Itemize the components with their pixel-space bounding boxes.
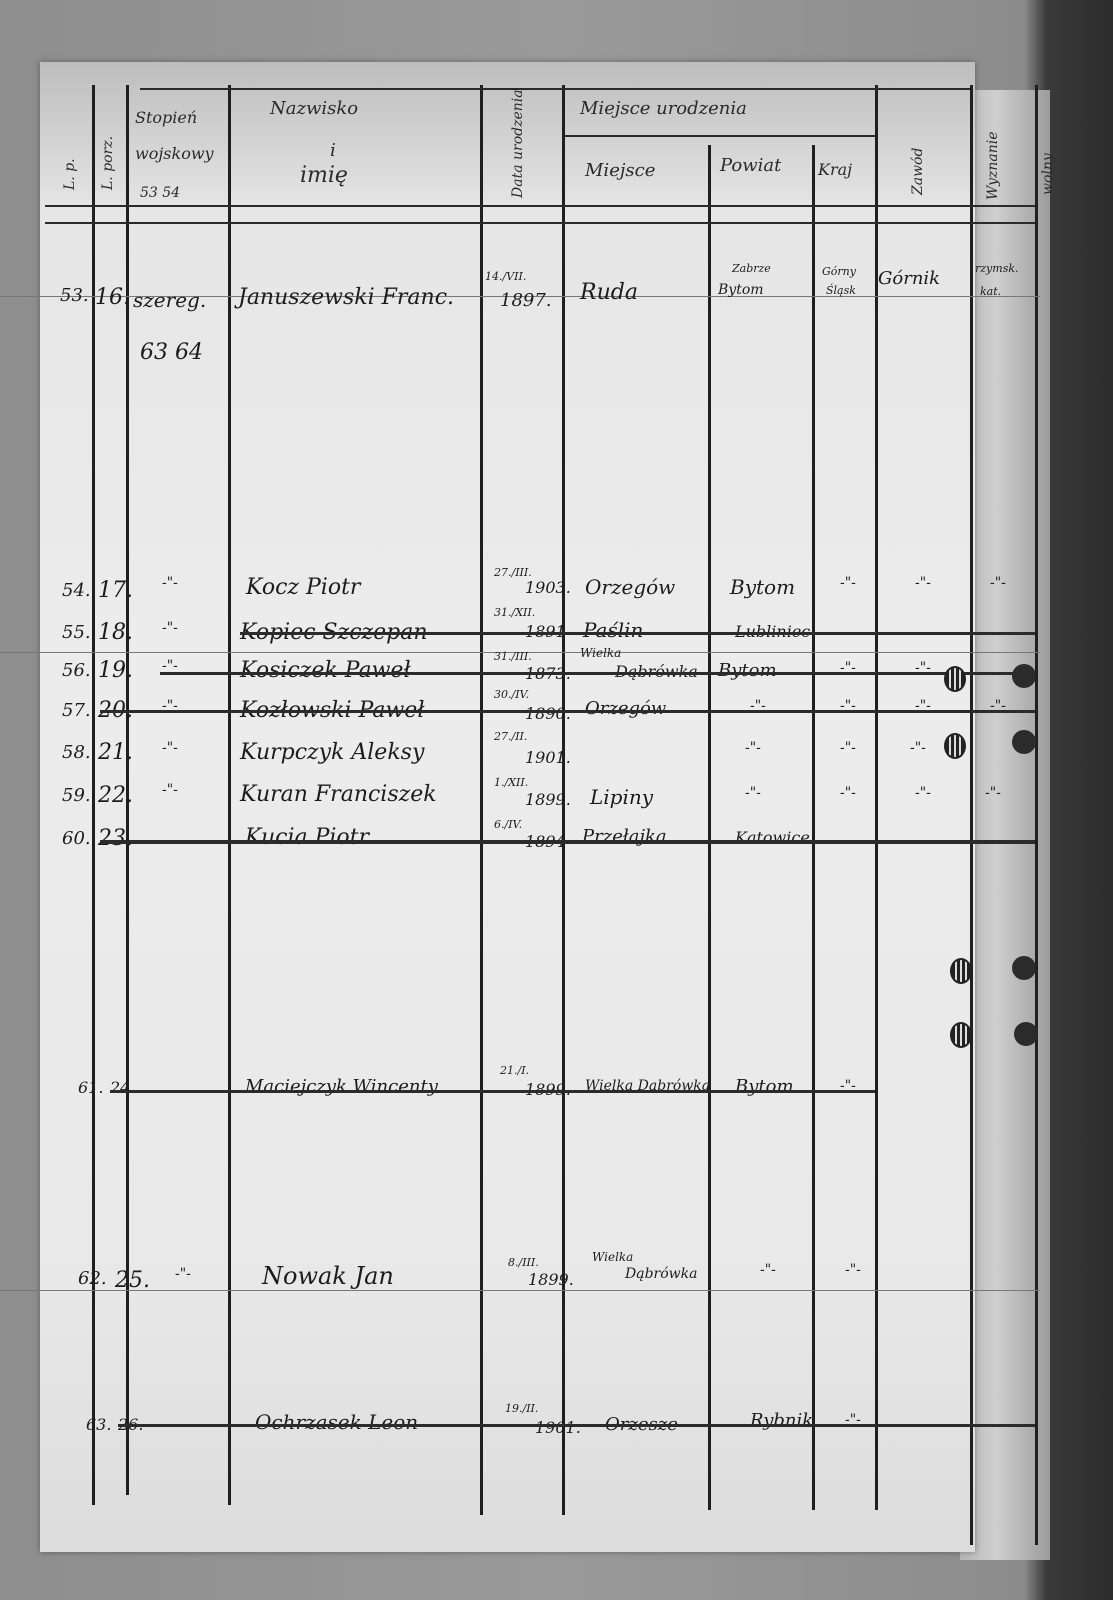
rule-col-7 <box>812 145 815 1510</box>
row-guide-line <box>0 1290 1040 1291</box>
row-55-rank: -"- <box>162 620 178 636</box>
punch-hole-icon <box>944 733 966 759</box>
punch-hole-icon <box>1012 664 1036 688</box>
row-54-num: 17. <box>98 578 133 603</box>
header-religion: Wyznanie <box>985 131 1001 200</box>
row-53-date-day-month: 14./VII. <box>485 270 526 283</box>
row-56-lp: 56. <box>62 660 91 681</box>
row-62-name: Nowak Jan <box>262 1262 394 1290</box>
row-59-religion: -"- <box>985 785 1001 801</box>
row-53-region: Śląsk <box>826 284 856 297</box>
header-birthdate: Data urodzenia <box>510 89 526 198</box>
row-61-lp: 61. <box>78 1078 103 1097</box>
row-53-name: Januszewski Franc. <box>238 285 454 310</box>
row-54-date-year: 1903. <box>525 578 571 597</box>
rule-col-9 <box>970 85 973 1545</box>
row-59-num: 22. <box>98 783 133 808</box>
row-53-religion-top: rzymsk. <box>975 262 1019 275</box>
row-56-place-top: Wielka <box>580 646 621 660</box>
row-57-place: Orzegów <box>585 698 666 719</box>
rule-col-8 <box>875 85 878 1510</box>
row-61-county: Bytom <box>735 1076 794 1097</box>
row-58-county: -"- <box>745 740 761 756</box>
row-56-name: Kosiczek Paweł <box>240 658 411 683</box>
punch-hole-icon <box>1012 956 1036 980</box>
row-53-num: 16. <box>95 285 130 310</box>
row-54-lp: 54. <box>62 580 91 601</box>
row-58-date-day-month: 27./II. <box>494 730 527 743</box>
row-58-lp: 58. <box>62 742 91 763</box>
row-55-lp: 55. <box>62 622 91 643</box>
row-53-date-year: 1897. <box>500 290 552 311</box>
row-58-rank: -"- <box>162 740 178 756</box>
header-name-line1: Nazwisko <box>270 98 358 119</box>
row-54-occupation: -"- <box>915 575 931 591</box>
row-53-county-top: Zabrze <box>732 262 771 275</box>
row-60-county: Katowice <box>735 828 810 847</box>
row-55-num: 18. <box>98 620 133 645</box>
header-name-line3: imię <box>300 163 348 188</box>
header-bottom-rule <box>45 205 1035 207</box>
row-62-region: -"- <box>845 1262 861 1278</box>
row-63-name: Ochrzasek Leon <box>255 1410 418 1434</box>
row-53-place: Ruda <box>580 280 638 305</box>
row-63-date-day-month: 19./II. <box>505 1402 538 1415</box>
row-53-religion: kat. <box>980 285 1001 298</box>
row-62-place-top: Wielka <box>592 1250 633 1264</box>
punch-hole-icon <box>1012 730 1036 754</box>
row-60-num: 23. <box>98 826 133 851</box>
row-58-date-year: 1901. <box>525 748 571 767</box>
header-birthplace-group: Miejsce urodzenia <box>580 98 747 119</box>
row-61-name: Maciejczyk Wincenty <box>245 1076 438 1097</box>
row-56-strikethrough <box>160 672 1035 675</box>
row-59-date-year: 1899. <box>525 790 571 809</box>
punch-hole-icon <box>944 666 966 692</box>
row-59-date-day-month: 1./XII. <box>494 776 528 789</box>
row-59-rank: -"- <box>162 782 178 798</box>
punch-hole-icon <box>1014 1022 1038 1046</box>
header-county: Powiat <box>720 155 781 176</box>
row-62-date-year: 1899. <box>528 1270 574 1289</box>
header-top-rule <box>140 88 970 90</box>
rule-col-3 <box>228 85 231 1505</box>
row-57-strikethrough <box>100 710 1035 713</box>
row-56-num: 19. <box>98 658 133 683</box>
row-63-lp: 63. <box>86 1415 111 1434</box>
row-59-name: Kuran Franciszek <box>240 782 437 807</box>
header-lp: L. p. <box>62 158 78 190</box>
row-62-place: Dąbrówka <box>625 1266 697 1282</box>
row-56-county: Bytom <box>718 660 777 681</box>
row-58-region: -"- <box>840 740 856 756</box>
row-54-rank: -"- <box>162 575 178 591</box>
row-59-county: -"- <box>745 785 761 801</box>
row-53-rank-note: 63 64 <box>140 340 203 365</box>
row-62-lp: 62. <box>78 1268 107 1289</box>
header-name-line2: i <box>330 140 336 161</box>
row-63-strikethrough <box>118 1424 1035 1427</box>
row-59-place: Lipiny <box>590 785 653 809</box>
row-58-name: Kurpczyk Aleksy <box>240 740 424 765</box>
rule-col-4 <box>480 85 483 1515</box>
header-occupation: Zawód <box>910 148 926 195</box>
row-54-region: -"- <box>840 575 856 591</box>
row-53-region-top: Górny <box>822 265 856 278</box>
row-53-county: Bytom <box>718 282 764 298</box>
header-sub-rule <box>565 135 875 137</box>
row-55-place: Paślin <box>583 618 643 642</box>
row-53-occupation: Górnik <box>878 268 940 289</box>
row-61-date-day-month: 21./I. <box>500 1064 529 1077</box>
row-57-date-day-month: 30./IV. <box>494 688 529 701</box>
row-62-date-day-month: 8./III. <box>508 1256 539 1269</box>
row-57-date-year: 1890. <box>525 704 571 723</box>
row-53-lp: 53. <box>60 285 89 306</box>
row-55-date-day-month: 31./XII. <box>494 606 535 619</box>
row-54-county: Bytom <box>730 575 795 599</box>
row-59-region: -"- <box>840 785 856 801</box>
header-number: L. porz. <box>100 136 116 190</box>
row-60-date-day-month: 6./IV. <box>494 818 522 831</box>
row-63-date-year: 1901. <box>535 1418 581 1437</box>
row-61-strikethrough <box>110 1090 875 1093</box>
row-57-lp: 57. <box>62 700 91 721</box>
punch-hole-icon <box>950 958 972 984</box>
header-place: Miejsce <box>585 160 655 181</box>
row-62-rank: -"- <box>175 1266 191 1282</box>
row-62-county: -"- <box>760 1262 776 1278</box>
row-55-strikethrough <box>240 632 1035 635</box>
rule-col-6 <box>708 145 711 1510</box>
row-59-occupation: -"- <box>915 785 931 801</box>
row-58-occupation: -"- <box>910 740 926 756</box>
rule-col-10 <box>1035 85 1038 1545</box>
header-region: Kraj <box>818 160 852 179</box>
row-58-num: 21. <box>98 740 133 765</box>
row-56-date-day-month: 31./III. <box>494 650 532 663</box>
row-54-religion: -"- <box>990 575 1006 591</box>
row-54-place: Orzegów <box>585 575 675 599</box>
row-60-name: Kucia Piotr <box>245 825 369 850</box>
header-extra: wolny <box>1040 153 1056 195</box>
header-rank: Stopień wojskowy <box>135 100 225 172</box>
row-59-lp: 59. <box>62 785 91 806</box>
row-53-rank: szereg. <box>133 288 206 312</box>
row-54-name: Kocz Piotr <box>246 575 360 600</box>
row-60-strikethrough <box>100 840 1035 844</box>
punch-hole-icon <box>950 1022 972 1048</box>
row-61-num: 24. <box>110 1078 135 1097</box>
row-63-county: Rybnik <box>750 1410 813 1431</box>
header-rank-note: 53 54 <box>140 185 180 201</box>
row-60-lp: 60. <box>62 828 91 849</box>
header-bottom-rule-2 <box>45 222 1035 224</box>
